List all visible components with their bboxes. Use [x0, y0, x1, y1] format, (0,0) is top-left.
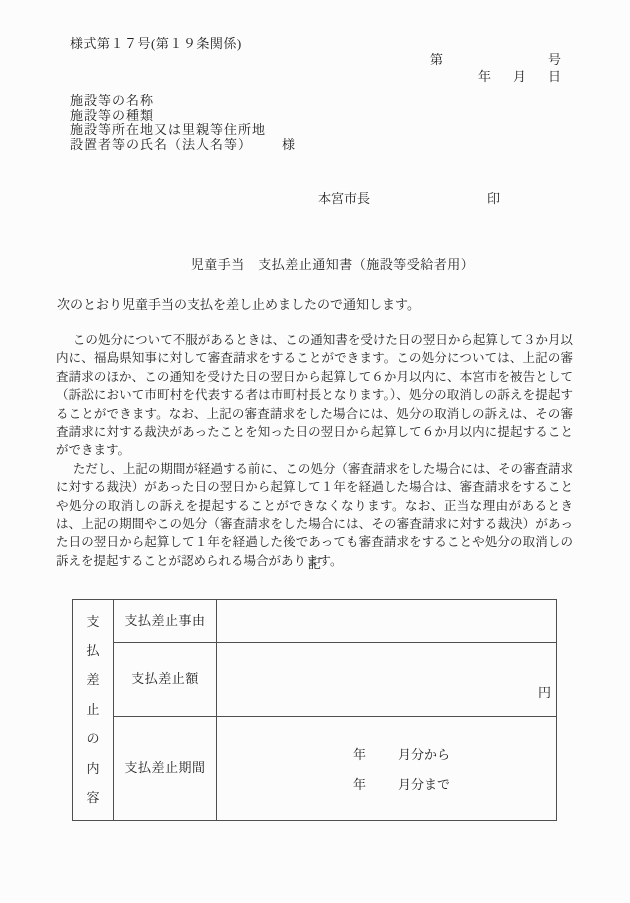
form-number: 様式第１７号(第１９条関係) — [70, 36, 242, 52]
period-to-label: 月分まで — [398, 777, 450, 792]
vertical-label-char: 払 — [86, 643, 99, 659]
doc-number-suffix: 号 — [548, 52, 561, 68]
vertical-group-label-cell: 支 払 差 止 の 内 容 — [73, 600, 114, 821]
period-from-year: 年 — [353, 747, 366, 762]
table-row-period: 支払差止期間 年月分から 年月分まで — [73, 717, 557, 821]
issuer-line: 本宮市長 印 — [318, 191, 500, 207]
addressee-line-founder-name: 設置者等の氏名（法人名等）様 — [70, 138, 295, 153]
notice-lead: 次のとおり児童手当の支払を差し止めましたので通知します。 — [57, 297, 420, 313]
date-month: 月 — [513, 69, 526, 85]
addressee-line-facility-type: 施設等の種類 — [70, 109, 295, 124]
date-day: 日 — [548, 69, 561, 85]
table-row-reason: 支 払 差 止 の 内 容 支払差止事由 — [73, 600, 557, 643]
document-title: 児童手当 支払差止通知書（施設等受給者用） — [35, 257, 630, 273]
vertical-label-char: 内 — [86, 761, 99, 777]
seal-mark: 印 — [487, 191, 500, 207]
date-year: 年 — [478, 69, 491, 85]
vertical-label-char: 止 — [86, 702, 99, 718]
date-line: 年 月 日 — [478, 69, 561, 85]
suspension-table: 支 払 差 止 の 内 容 支払差止事由 支払差止額 円 支払差止期間 — [72, 599, 557, 821]
reason-value-cell — [217, 600, 557, 643]
vertical-label-char: 支 — [86, 614, 99, 630]
period-from-line: 年月分から — [353, 747, 450, 763]
document-number-line: 第 号 — [430, 52, 561, 68]
yen-unit: 円 — [538, 685, 551, 701]
row-label-period: 支払差止期間 — [114, 717, 217, 821]
appeal-paragraph-2: ただし、上記の期間が経過する前に、この処分（審査請求をした場合には、その審査請求… — [56, 460, 573, 570]
honorific-sama: 様 — [282, 137, 295, 152]
vertical-label-char: 容 — [86, 790, 99, 806]
vertical-label-char: 差 — [86, 672, 99, 688]
ki-marker: 記 — [0, 556, 630, 572]
addressee-block: 施設等の名称 施設等の種類 施設等所在地又は里親等住所地 設置者等の氏名（法人名… — [70, 94, 295, 152]
period-to-year: 年 — [353, 777, 366, 792]
addressee-line-facility-address: 施設等所在地又は里親等住所地 — [70, 123, 295, 138]
doc-number-prefix: 第 — [430, 52, 443, 68]
period-value-cell: 年月分から 年月分まで — [217, 717, 557, 821]
amount-value-cell: 円 — [217, 643, 557, 717]
vertical-group-label: 支 払 差 止 の 内 容 — [73, 601, 113, 820]
period-from-label: 月分から — [398, 747, 450, 762]
row-label-amount: 支払差止額 — [114, 643, 217, 717]
founder-name-label: 設置者等の氏名（法人名等） — [70, 137, 252, 152]
vertical-label-char: の — [86, 731, 99, 747]
addressee-line-facility-name: 施設等の名称 — [70, 94, 295, 109]
period-to-line: 年月分まで — [353, 777, 450, 793]
appeal-paragraph-1: この処分について不服があるときは、この通知書を受けた日の翌日から起算して３か月以… — [56, 331, 573, 460]
table-row-amount: 支払差止額 円 — [73, 643, 557, 717]
row-label-reason: 支払差止事由 — [114, 600, 217, 643]
document-page: 様式第１７号(第１９条関係) 第 号 年 月 日 施設等の名称 施設等の種類 施… — [0, 0, 630, 903]
appeal-information-block: この処分について不服があるときは、この通知書を受けた日の翌日から起算して３か月以… — [56, 331, 573, 570]
issuer-name: 本宮市長 — [318, 191, 370, 207]
